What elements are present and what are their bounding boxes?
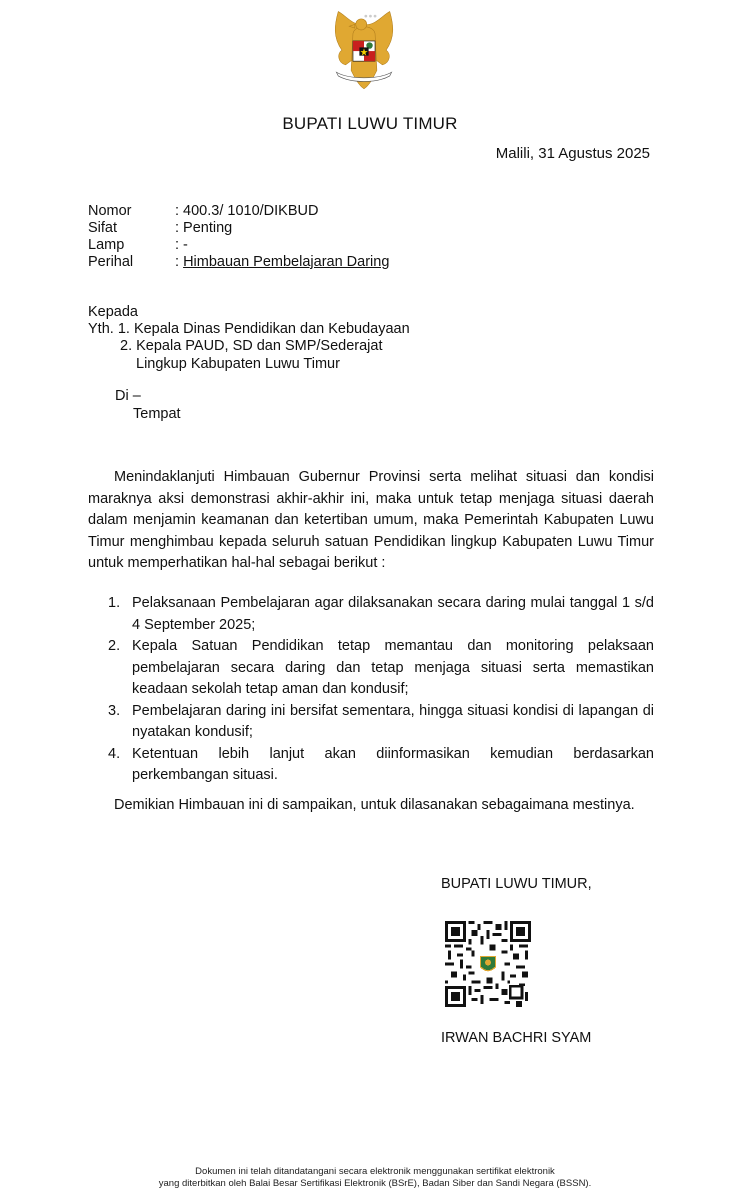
list-item: 2.Kepala Satuan Pendidikan tetap memanta… — [108, 636, 654, 701]
list-item: 3.Pembelajaran daring ini bersifat semen… — [108, 701, 654, 744]
meta-row-perihal: Perihal: Himbauan Pembelajaran Daring — [88, 253, 389, 271]
kepada-label: Kepada — [88, 303, 138, 321]
meta-label: Nomor — [88, 202, 175, 220]
closing-paragraph: Demikian Himbauan ini di sampaikan, untu… — [88, 795, 654, 817]
footer-line-1: Dokumen ini telah ditandatangani secara … — [0, 1166, 750, 1178]
meta-value: : Penting — [175, 220, 232, 236]
meta-label: Sifat — [88, 219, 175, 237]
item-number: 4. — [108, 744, 120, 766]
recipient-line-3: Lingkup Kabupaten Luwu Timur — [136, 355, 340, 373]
meta-value: : 400.3/ 1010/DIKBUD — [175, 203, 318, 219]
meta-row-lamp: Lamp: - — [88, 236, 188, 254]
item-text: Pembelajaran daring ini bersifat sementa… — [132, 703, 654, 741]
item-text: Kepala Satuan Pendidikan tetap memantau … — [132, 638, 654, 697]
place-date: Malili, 31 Agustus 2025 — [496, 145, 650, 162]
item-text: Pelaksanaan Pembelajaran agar dilaksanak… — [132, 595, 654, 633]
qr-code-icon — [445, 921, 531, 1007]
item-number: 1. — [108, 593, 120, 615]
recipient-line-2: 2. Kepala PAUD, SD dan SMP/Sederajat — [120, 337, 382, 355]
meta-row-sifat: Sifat: Penting — [88, 219, 232, 237]
closing-text: Demikian Himbauan ini di sampaikan, untu… — [114, 797, 635, 813]
instruction-list: 1.Pelaksanaan Pembelajaran agar dilaksan… — [108, 593, 654, 787]
garuda-emblem-icon — [318, 6, 410, 98]
intro-paragraph: Menindaklanjuti Himbauan Gubernur Provin… — [88, 467, 654, 575]
tempat-label: Tempat — [133, 405, 181, 423]
meta-label: Perihal — [88, 253, 175, 271]
item-number: 2. — [108, 636, 120, 658]
e-signature-footer: Dokumen ini telah ditandatangani secara … — [0, 1166, 750, 1190]
subject-text: Himbauan Pembelajaran Daring — [183, 254, 389, 270]
footer-line-2: yang diterbitkan oleh Balai Besar Sertif… — [0, 1178, 750, 1190]
signature-title: BUPATI LUWU TIMUR, — [441, 876, 592, 892]
list-item: 4.Ketentuan lebih lanjut akan diinformas… — [108, 744, 654, 787]
meta-row-nomor: Nomor: 400.3/ 1010/DIKBUD — [88, 202, 318, 220]
intro-text: Menindaklanjuti Himbauan Gubernur Provin… — [88, 469, 654, 571]
item-text: Ketentuan lebih lanjut akan diinformasik… — [132, 746, 654, 784]
di-label: Di – — [115, 387, 141, 405]
meta-value-prefix: : — [175, 254, 183, 270]
meta-value: : - — [175, 237, 188, 253]
meta-label: Lamp — [88, 236, 175, 254]
letterhead-title: BUPATI LUWU TIMUR — [0, 114, 740, 134]
signatory-name: IRWAN BACHRI SYAM — [441, 1030, 591, 1046]
recipient-line-1: Yth. 1. Kepala Dinas Pendidikan dan Kebu… — [88, 320, 410, 338]
item-number: 3. — [108, 701, 120, 723]
list-item: 1.Pelaksanaan Pembelajaran agar dilaksan… — [108, 593, 654, 636]
